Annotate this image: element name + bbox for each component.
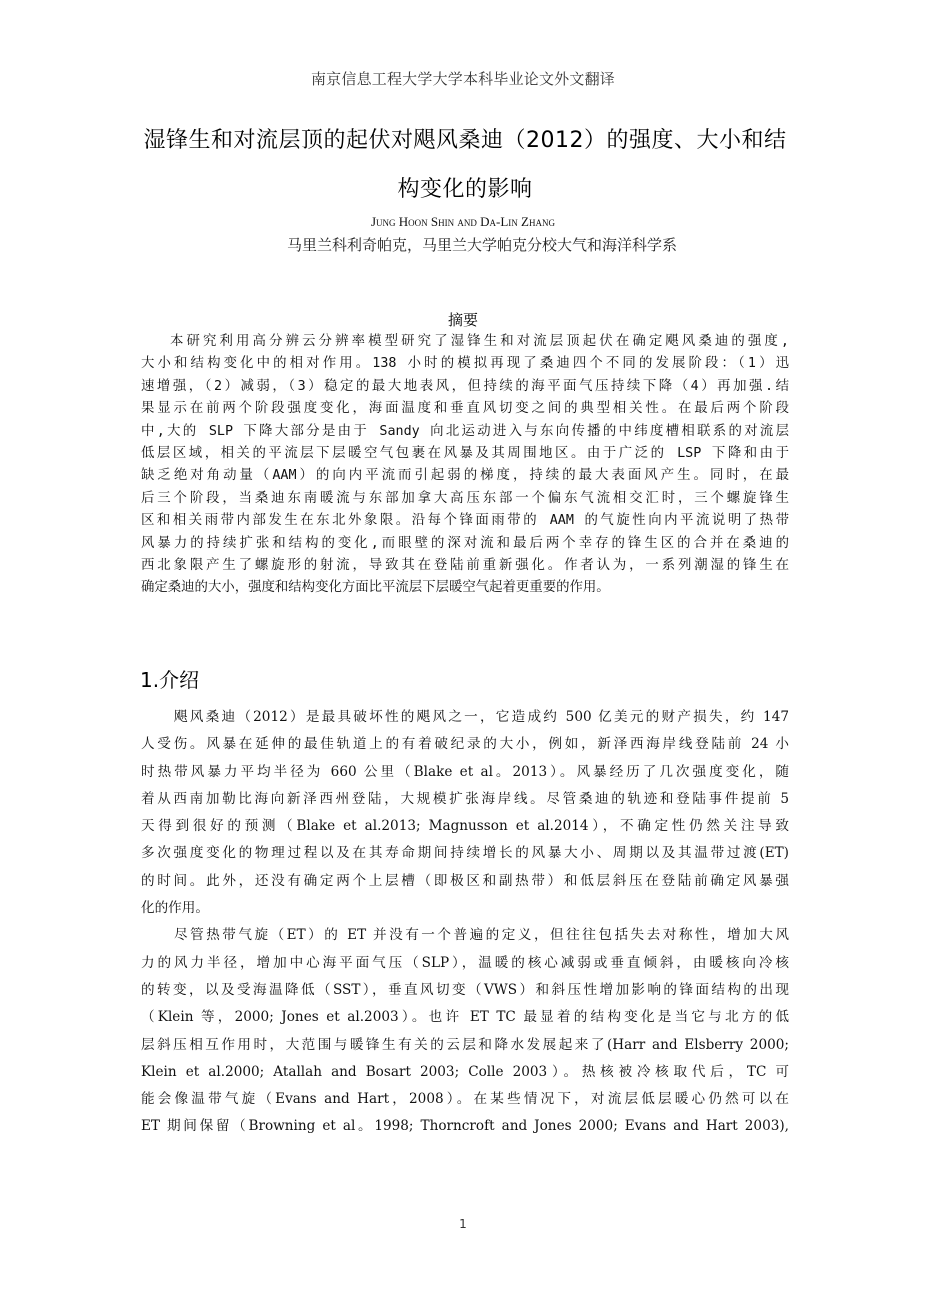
abstract-line: 区和相关雨带内部发生在东北外象限。沿每个锋面雨带的 AAM 的气旋性向内平流说明… [141,510,789,532]
paragraph-1-line: 的时间。此外，还没有确定两个上层槽（即极区和副热带）和低层斜压在登陆前确定风暴强 [141,868,789,895]
paragraph-1-line: 天得到很好的预测（Blake et al.2013; Magnusson et … [141,813,789,840]
abstract-line: 风暴力的持续扩张和结构的变化,而眼壁的深对流和最后两个幸存的锋生区的合并在桑迪的 [141,533,789,555]
page-number: 1 [0,1217,926,1231]
running-header: 南京信息工程大学大学本科毕业论文外文翻译 [0,68,926,89]
paragraph-2-line: Klein et al.2000; Atallah and Bosart 200… [141,1059,789,1086]
abstract-heading: 摘要 [0,309,926,330]
paragraph-2-line: 的转变，以及受海温降低（SST），垂直风切变（VWS）和斜压性增加影响的锋面结构… [141,977,789,1004]
paragraph-2-line: ET 期间保留（Browning et al。1998; Thorncroft … [141,1113,789,1140]
introduction-body: 飓风桑迪（2012）是最具破坏性的飓风之一，它造成约 500 亿美元的财产损失，… [141,704,789,1141]
paragraph-1-line: 着从西南加勒比海向新泽西州登陆，大规模扩张海岸线。尽管桑迪的轨迹和登陆事件提前 … [141,786,789,813]
paragraph-2-line: 力的风力半径，增加中心海平面气压（SLP），温暖的核心减弱或垂直倾斜，由暖核向冷… [141,950,789,977]
paper-title-line-1: 湿锋生和对流层顶的起伏对飓风桑迪（2012）的强度、大小和结 [140,123,790,154]
abstract-line: 确定桑迪的大小，强度和结构变化方面比平流层下层暖空气起着更重要的作用。 [141,577,789,599]
paragraph-2-line: 尽管热带气旋（ET）的 ET 并没有一个普遍的定义，但往往包括失去对称性，增加大… [141,922,789,949]
abstract-body: 本研究利用高分辨云分辨率模型研究了湿锋生和对流层顶起伏在确定飓风桑迪的强度, 大… [141,331,789,600]
abstract-line: 缺乏绝对角动量（AAM）的向内平流而引起弱的梯度，持续的最大表面风产生。同时，在… [141,465,789,487]
paragraph-2-line: （Klein 等，2000; Jones et al.2003）。也许 ET T… [141,1004,789,1031]
document-page: 南京信息工程大学大学本科毕业论文外文翻译 湿锋生和对流层顶的起伏对飓风桑迪（20… [0,0,926,1309]
abstract-line: 中,大的 SLP 下降大部分是由于 Sandy 向北运动进入与东向传播的中纬度槽… [141,421,789,443]
abstract-line: 后三个阶段，当桑迪东南暖流与东部加拿大高压东部一个偏东气流相交汇时，三个螺旋锋生 [141,488,789,510]
paper-title-line-2: 构变化的影响 [140,172,790,203]
section-heading-introduction: 1.介绍 [140,664,199,693]
abstract-line: 速增强，（2）减弱，（3）稳定的最大地表风，但持续的海平面气压持续下降（4）再加… [141,376,789,398]
abstract-line: 大小和结构变化中的相对作用。138 小时的模拟再现了桑迪四个不同的发展阶段：（1… [141,353,789,375]
paragraph-1-line: 时热带风暴力平均半径为 660 公里（Blake et al。2013）。风暴经… [141,759,789,786]
paragraph-1-line: 多次强度变化的物理过程以及在其寿命期间持续增长的风暴大小、周期以及其温带过渡(E… [141,840,789,867]
abstract-line: 西北象限产生了螺旋形的射流，导致其在登陆前重新强化。作者认为，一系列潮湿的锋生在 [141,555,789,577]
abstract-line: 果显示在前两个阶段强度变化，海面温度和垂直风切变之间的典型相关性。在最后两个阶段 [141,398,789,420]
paragraph-2-line: 层斜压相互作用时，大范围与暖锋生有关的云层和降水发展起来了(Harr and E… [141,1032,789,1059]
authors: Jung Hoon Shin and Da-Lin Zhang [0,214,926,230]
paragraph-2-line: 能会像温带气旋（Evans and Hart，2008）。在某些情况下，对流层低… [141,1086,789,1113]
abstract-line: 低层区域，相关的平流层下层暖空气包裹在风暴及其周围地区。由于广泛的 LSP 下降… [141,443,789,465]
paragraph-1-line: 化的作用。 [141,895,789,922]
paragraph-1-line: 飓风桑迪（2012）是最具破坏性的飓风之一，它造成约 500 亿美元的财产损失，… [141,704,789,731]
abstract-line: 本研究利用高分辨云分辨率模型研究了湿锋生和对流层顶起伏在确定飓风桑迪的强度, [141,331,789,353]
affiliation: 马里兰科利奇帕克，马里兰大学帕克分校大气和海洋科学系 [287,234,677,255]
paragraph-1-line: 人受伤。风暴在延伸的最佳轨道上的有着破纪录的大小，例如，新泽西海岸线登陆前 24… [141,731,789,758]
